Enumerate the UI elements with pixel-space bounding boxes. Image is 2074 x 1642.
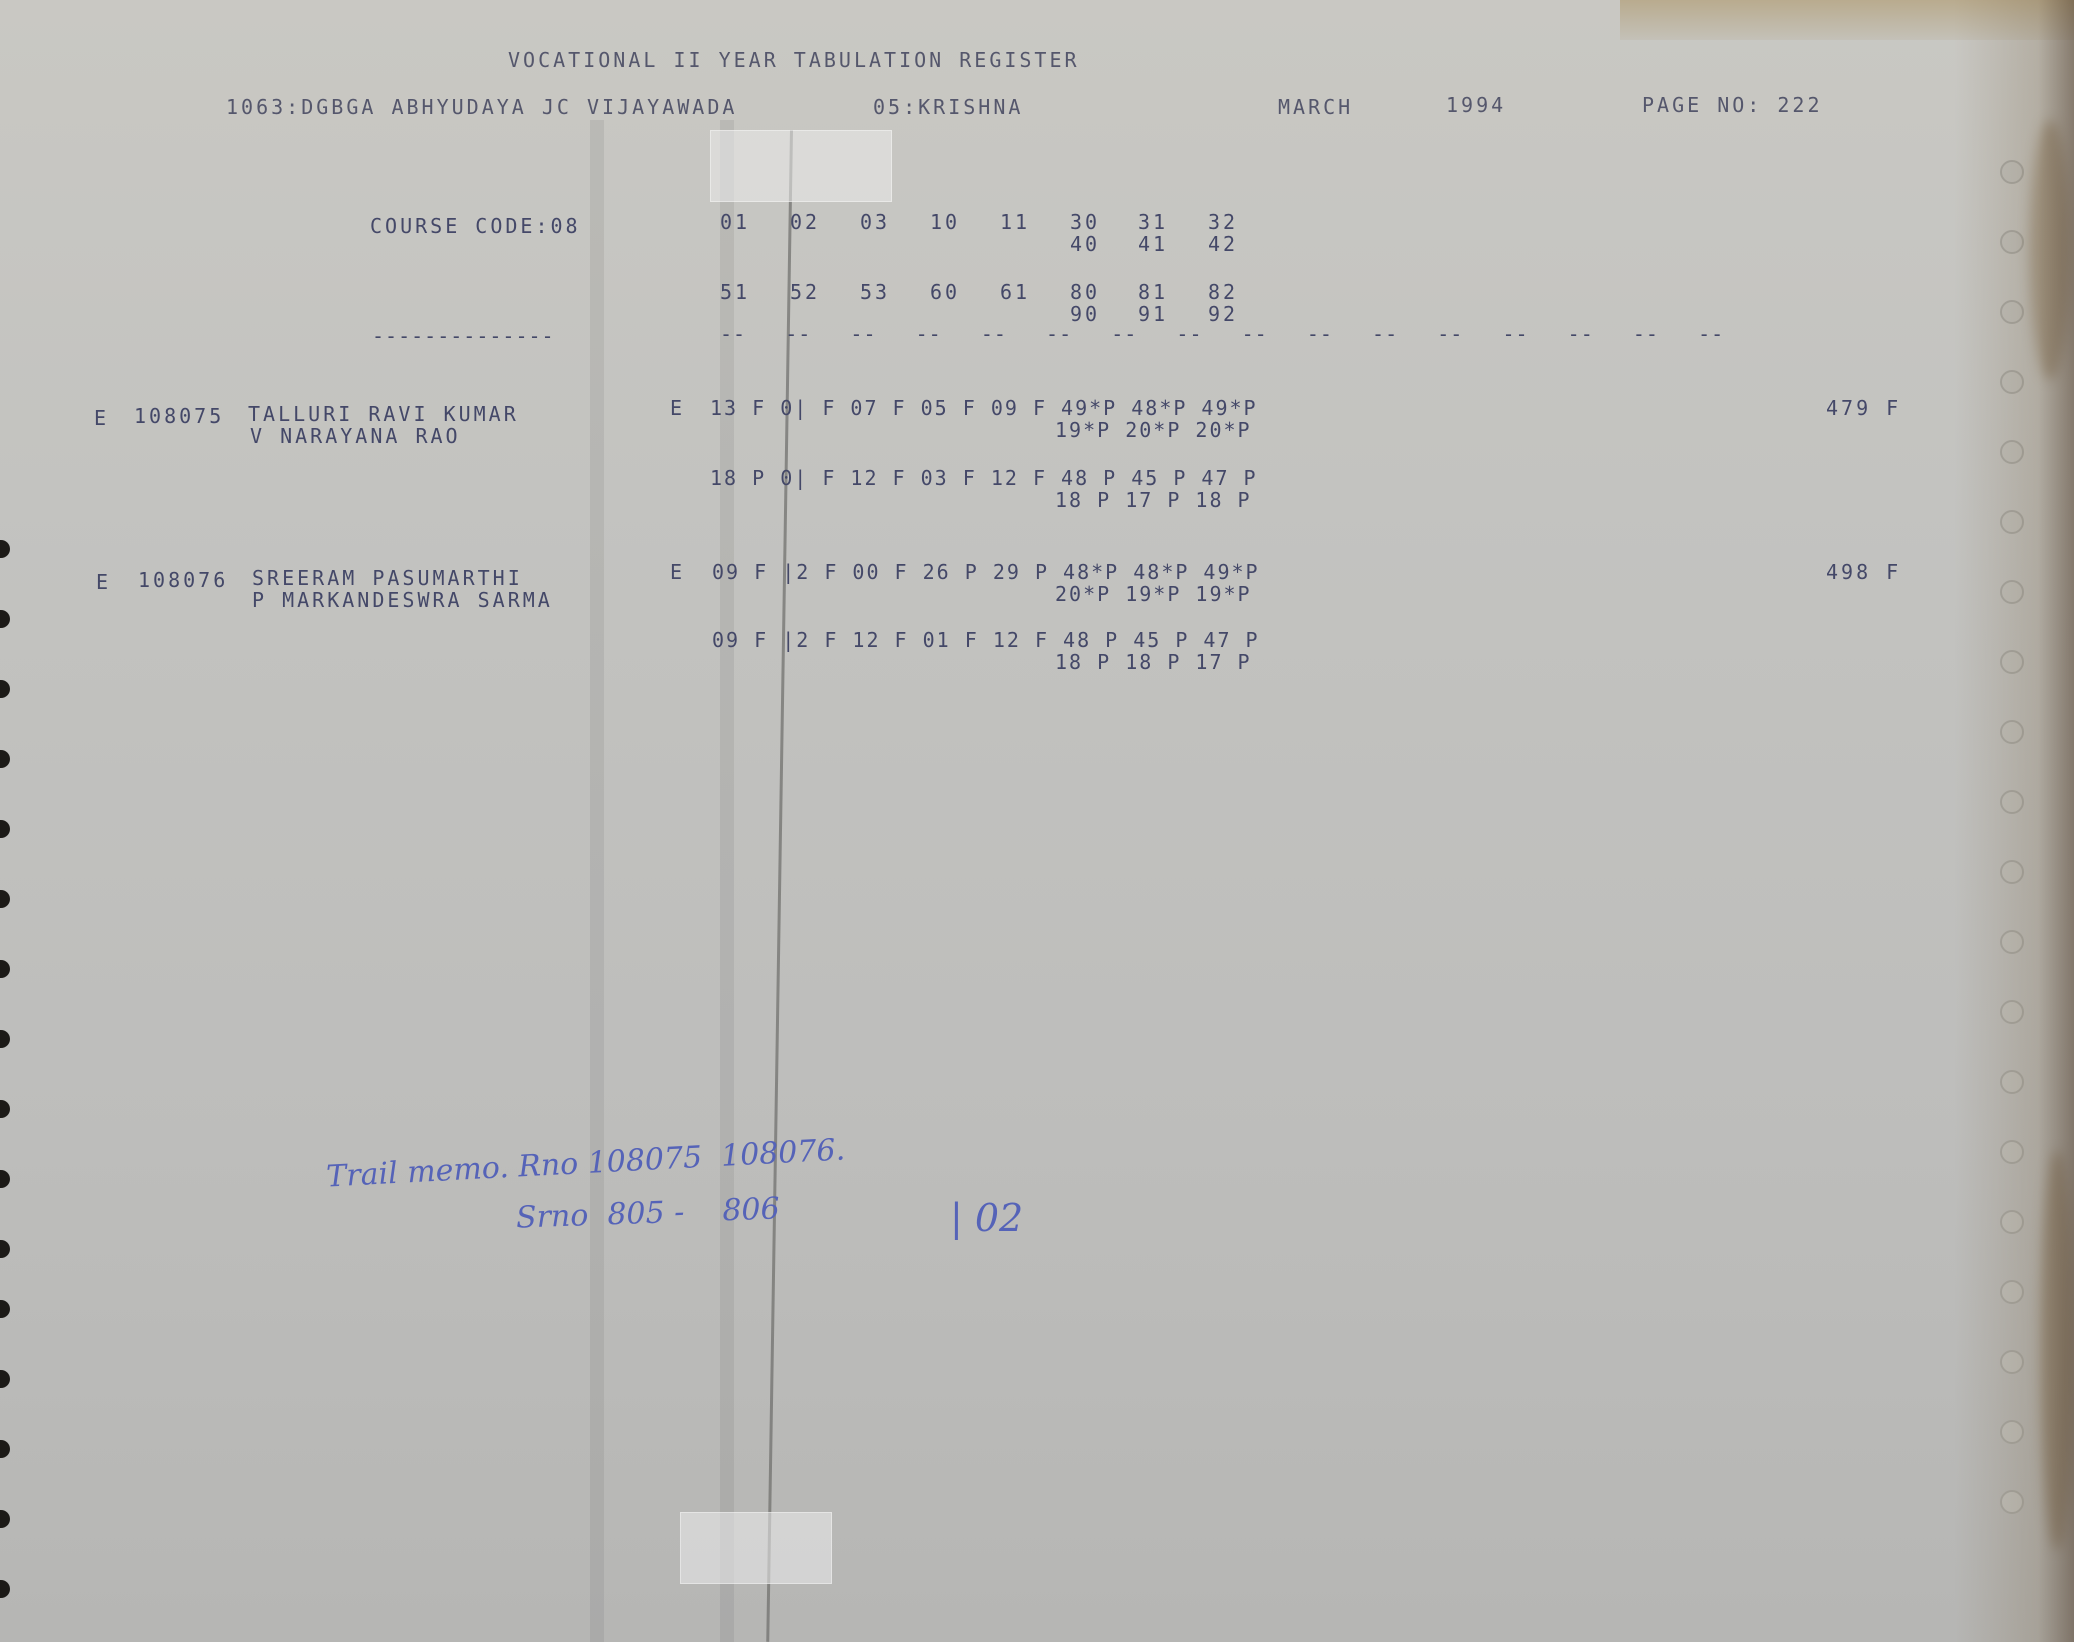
marks-line-2: 09 F |2 F 12 F 01 F 12 F 48 P 45 P 47 P (712, 628, 1260, 652)
marks-line-2b: 18 P 17 P 18 P (1055, 488, 1252, 512)
father-name: V NARAYANA RAO (250, 424, 461, 448)
exam-flag: E (670, 396, 685, 420)
handwritten-line-1: Trail memo. Rno 108075 108076. (325, 1132, 845, 1194)
edge-stain (2040, 1150, 2074, 1550)
tape-strip-bottom (680, 1512, 832, 1584)
marks-line-1: 09 F |2 F 00 F 26 P 29 P 48*P 48*P 49*P (712, 560, 1260, 584)
roll-number: 108075 (134, 404, 224, 428)
course-code: COURSE CODE:08 (370, 214, 581, 238)
separator-left: -------------- (372, 324, 555, 348)
exam-year: 1994 (1446, 93, 1506, 117)
marks-line-1b: 19*P 20*P 20*P (1055, 418, 1252, 442)
handwritten-line-2: Srno 805 - 806 (515, 1191, 780, 1235)
separator-columns: -- -- -- -- -- -- -- -- -- -- -- -- -- -… (720, 322, 1724, 346)
record-flag: E (96, 570, 111, 594)
paper-crease (720, 120, 734, 1642)
marks-line-2b: 18 P 18 P 17 P (1055, 650, 1252, 674)
total-result: 498 F (1826, 560, 1901, 584)
page-number: PAGE NO: 222 (1642, 93, 1823, 117)
marks-line-1b: 20*P 19*P 19*P (1055, 582, 1252, 606)
student-name: SREERAM PASUMARTHI (252, 566, 523, 590)
tape-strip-top (710, 130, 892, 202)
student-name: TALLURI RAVI KUMAR (248, 402, 519, 426)
paper-crease (590, 120, 604, 1642)
torn-top-edge (1620, 0, 2074, 40)
marks-line-1: 13 F 0| F 07 F 05 F 09 F 49*P 48*P 49*P (710, 396, 1258, 420)
total-result: 479 F (1826, 396, 1901, 420)
father-name: P MARKANDESWRA SARMA (252, 588, 553, 612)
fold-line (766, 130, 793, 1642)
exam-flag: E (670, 560, 685, 584)
exam-month: MARCH (1278, 95, 1353, 119)
handwritten-suffix: | 02 (950, 1196, 1023, 1240)
college-name: 1063:DGBGA ABHYUDAYA JC VIJAYAWADA (226, 95, 737, 119)
record-flag: E (94, 406, 109, 430)
district: 05:KRISHNA (873, 95, 1023, 119)
marks-line-2: 18 P 0| F 12 F 03 F 12 F 48 P 45 P 47 P (710, 466, 1258, 490)
tabulation-register-page: VOCATIONAL II YEAR TABULATION REGISTER 1… (0, 0, 2074, 1642)
register-title: VOCATIONAL II YEAR TABULATION REGISTER (508, 48, 1080, 72)
edge-stain (2030, 120, 2070, 380)
roll-number: 108076 (138, 568, 228, 592)
